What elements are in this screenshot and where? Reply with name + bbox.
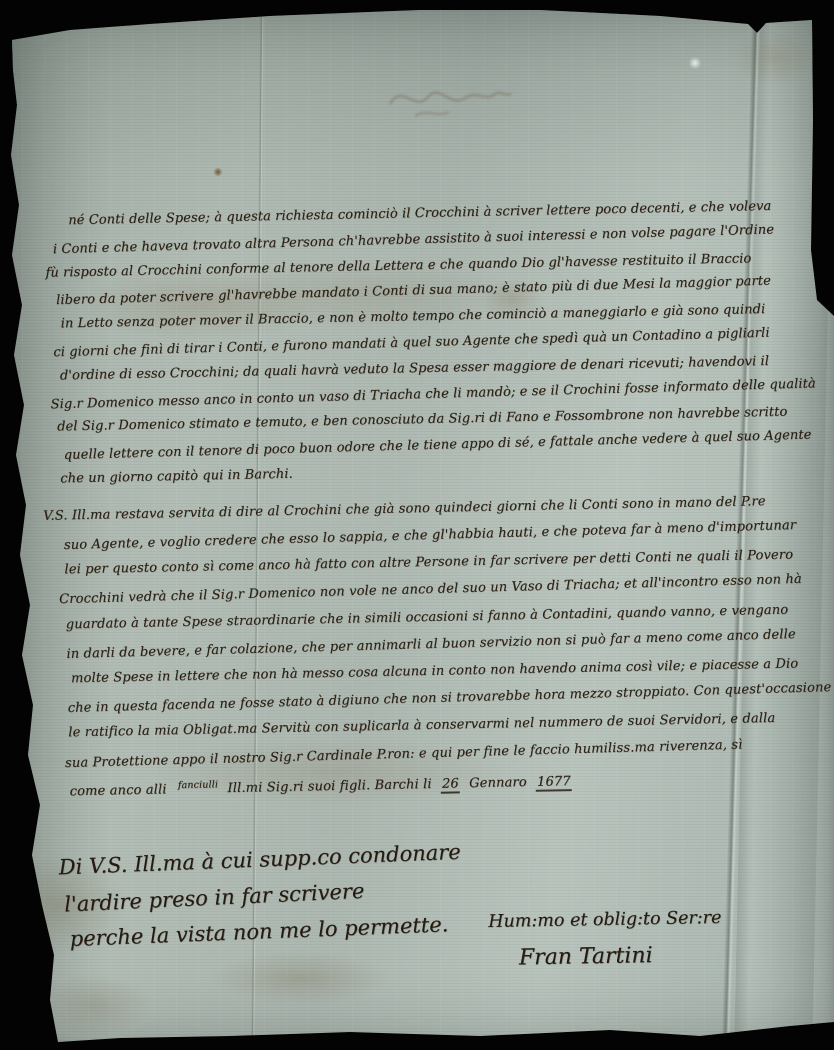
- scan-canvas: né Conti delle Spese; à questa richiesta…: [0, 0, 834, 1050]
- letter-body: né Conti delle Spese; à questa richiesta…: [42, 192, 822, 807]
- postscript-note: Di V.S. Ill.ma à cui supp.co condonare l…: [58, 833, 464, 958]
- paragraph-1: né Conti delle Spese; à questa richiesta…: [42, 192, 814, 494]
- interlinear-insertion: fanciulli: [178, 779, 218, 791]
- signature-name: Fran Tartini: [519, 935, 723, 979]
- signature-block: Hum:mo et oblig:to Ser:re Fran Tartini: [488, 901, 722, 979]
- letter-paper: né Conti delle Spese; à questa richiesta…: [0, 0, 834, 1050]
- paragraph-2: V.S. Ill.ma restava servita di dire al C…: [49, 486, 822, 808]
- date-line-prefix: come anco alli: [70, 782, 167, 799]
- date-year: 1677: [536, 774, 572, 792]
- ink-bleedthrough-mark: [385, 72, 515, 122]
- date-line-mid: Ill.mi Sig.ri suoi figli. Barchi li: [227, 777, 432, 796]
- date-month: Gennaro: [469, 775, 527, 791]
- valediction: Hum:mo et oblig:to Ser:re: [488, 901, 722, 939]
- date-day: 26: [441, 776, 460, 793]
